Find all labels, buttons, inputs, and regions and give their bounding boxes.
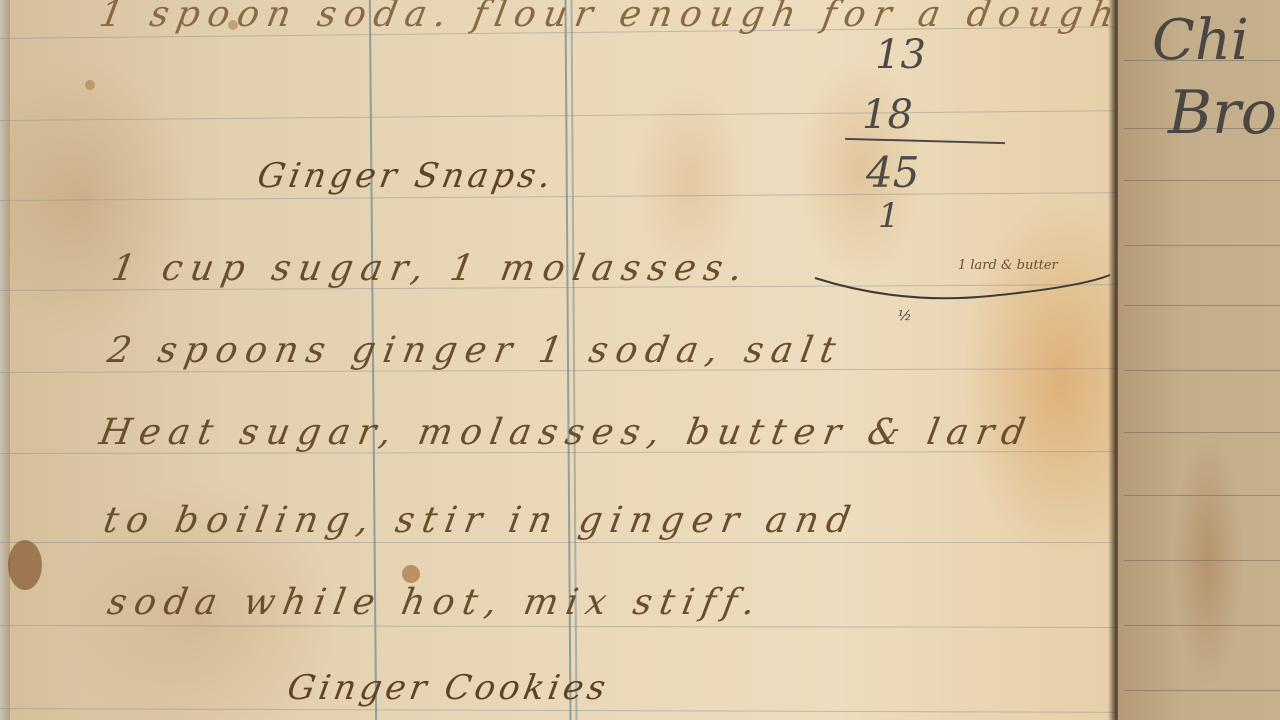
ruled-line	[1124, 560, 1280, 561]
ruled-line	[0, 625, 1120, 628]
ruled-line	[1124, 690, 1280, 691]
ruled-line	[1124, 495, 1280, 496]
right-page-line-1: Chi	[1152, 8, 1249, 73]
partial-line-top: 1 spoon soda. flour enough for a dough	[96, 0, 1125, 35]
underline-stroke	[810, 270, 1130, 310]
ruled-line	[0, 110, 1120, 121]
recipe-title-ginger-cookies: Ginger Cookies	[284, 668, 612, 708]
stain	[8, 540, 42, 590]
recipe-title-ginger-snaps: Ginger Snaps.	[254, 156, 557, 196]
stain	[85, 80, 95, 90]
recipe-line-1: 1 cup sugar, 1 molasses.	[108, 248, 753, 289]
ruled-line	[1124, 180, 1280, 181]
pencil-calc-top: 13	[875, 32, 926, 78]
ruled-line	[0, 192, 1120, 201]
recipe-notebook-photo: 1 spoon soda. flour enough for a dough G…	[0, 0, 1280, 720]
ruled-line	[1124, 305, 1280, 306]
right-page-line-2: Bro	[1168, 78, 1277, 148]
ruled-line	[1124, 245, 1280, 246]
pencil-calc-middle: 18	[862, 92, 913, 138]
stain	[402, 565, 420, 583]
pencil-calc-bottom: 45	[866, 148, 919, 197]
ruled-line	[1124, 432, 1280, 433]
recipe-line-4: to boiling, stir in ginger and	[100, 500, 861, 541]
pencil-calc-rule	[845, 138, 1005, 144]
pencil-calc-extra: 1	[878, 196, 900, 236]
recipe-line-2: 2 spoons ginger 1 soda, salt	[104, 330, 846, 371]
ruled-line	[0, 542, 1120, 543]
recipe-line-5: soda while hot, mix stiff.	[104, 582, 766, 623]
ruled-line	[0, 708, 1120, 713]
page-edge	[0, 0, 10, 720]
ruled-line	[1124, 625, 1280, 626]
recipe-line-3: Heat sugar, molasses, butter & lard	[96, 412, 1036, 453]
ruled-line	[1124, 370, 1280, 371]
caret-insert: ½	[898, 308, 912, 324]
left-page: 1 spoon soda. flour enough for a dough G…	[0, 0, 1120, 720]
